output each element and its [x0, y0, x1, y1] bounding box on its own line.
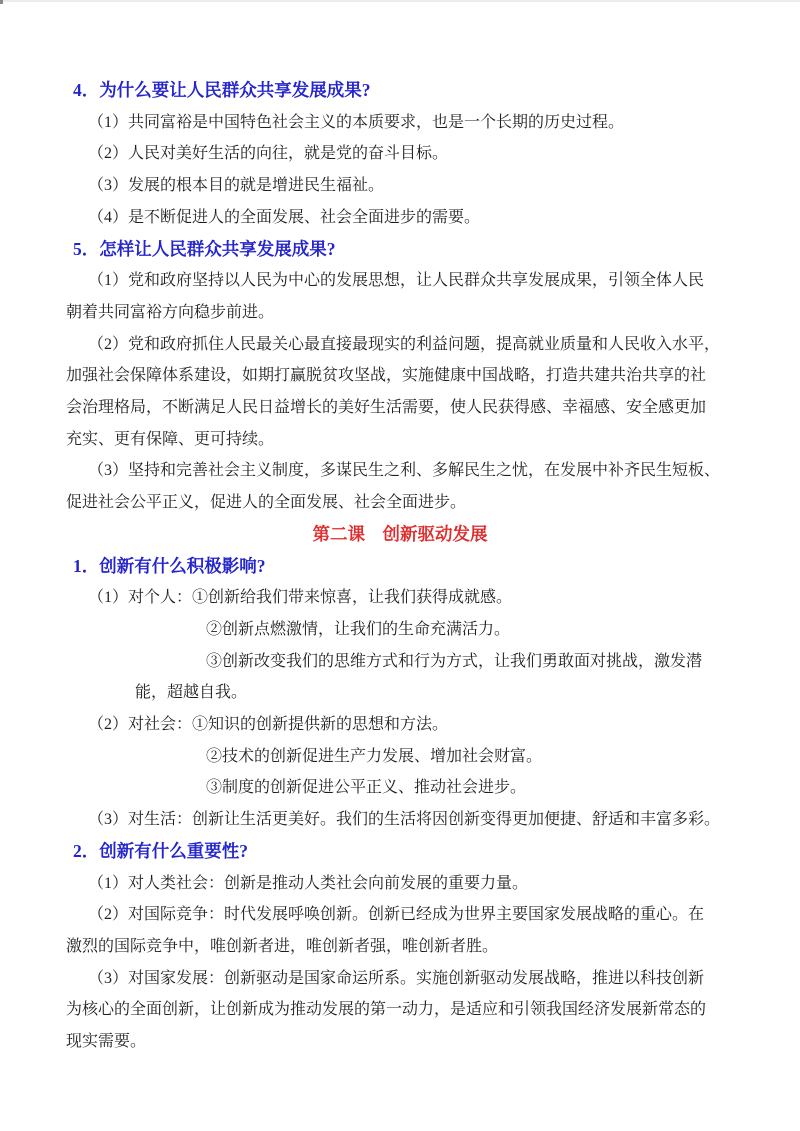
question-heading-4: 4．为什么要让人民群众共享发展成果? [73, 75, 734, 107]
answer-item: （3）坚持和完善社会主义制度，多谋民生之利、多解民生之忧，在发展中补齐民生短板、… [66, 455, 734, 518]
answer-sub-item: ②技术的创新促进生产力发展、增加社会财富。 [206, 741, 734, 773]
document-body: 4．为什么要让人民群众共享发展成果? （1）共同富裕是中国特色社会主义的本质要求… [0, 0, 800, 1131]
answer-item: （3）对国家发展：创新驱动是国家命运所系。实施创新驱动发展战略，推进以科技创新 … [66, 963, 734, 1058]
answer-sub-item: ③制度的创新促进公平正义、推动社会进步。 [206, 772, 734, 804]
question-heading-2: 2．创新有什么重要性? [73, 836, 734, 868]
answer-item: （4）是不断促进人的全面发展、社会全面进步的需要。 [66, 202, 734, 234]
answer-item: （1）党和政府坚持以人民为中心的发展思想，让人民群众共享发展成果，引领全体人民 … [66, 265, 734, 328]
answer-item: （1）对人类社会：创新是推动人类社会向前发展的重要力量。 [66, 868, 734, 900]
answer-item: （3）对生活：创新让生活更美好。我们的生活将因创新变得更加便捷、舒适和丰富多彩。 [66, 804, 734, 836]
answer-item: （2）党和政府抓住人民最关心最直接最现实的利益问题，提高就业质量和人民收入水平，… [66, 329, 734, 456]
document-page: { "page": { "background": "#ffffff", "la… [0, 0, 800, 1131]
question-heading-5: 5．怎样让人民群众共享发展成果? [73, 234, 734, 266]
answer-item: （2）对社会：①知识的创新提供新的思想和方法。 [66, 709, 734, 741]
answer-item: （1）对个人：①创新给我们带来惊喜，让我们获得成就感。 [66, 582, 734, 614]
answer-item: （1）共同富裕是中国特色社会主义的本质要求，也是一个长期的历史过程。 [66, 107, 734, 139]
answer-sub-item: ②创新点燃激情，让我们的生命充满活力。 [206, 614, 734, 646]
chapter-title: 第二课 创新驱动发展 [66, 519, 734, 551]
question-heading-1: 1．创新有什么积极影响? [73, 551, 734, 583]
answer-item: （2）对国际竞争：时代发展呼唤创新。创新已经成为世界主要国家发展战略的重心。在 … [66, 899, 734, 962]
answer-sub-item: ③创新改变我们的思维方式和行为方式，让我们勇敢面对挑战，激发潜 能，超越自我。 [135, 646, 734, 709]
answer-item: （2）人民对美好生活的向往，就是党的奋斗目标。 [66, 138, 734, 170]
answer-item: （3）发展的根本目的就是增进民生福祉。 [66, 170, 734, 202]
